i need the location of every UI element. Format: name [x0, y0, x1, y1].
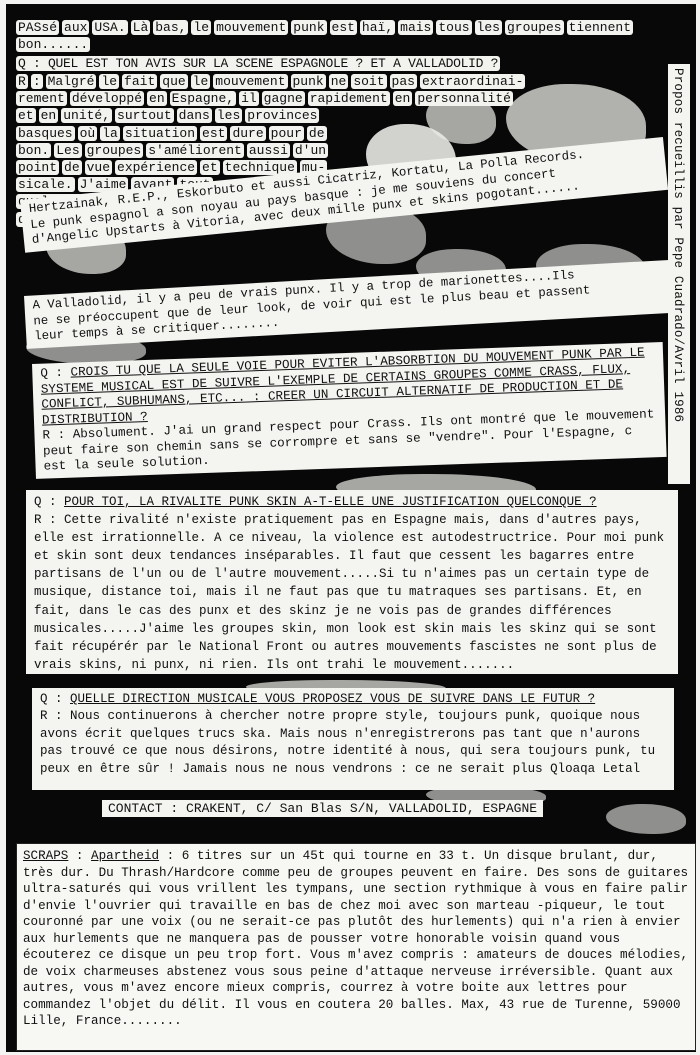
cutout-word: mouvement — [214, 20, 288, 35]
cutout-word: pour — [269, 126, 304, 141]
q3-question: POUR TOI, LA RIVALITE PUNK SKIN A-T-ELLE… — [64, 495, 597, 509]
cutout-word: s'améliorent — [146, 143, 244, 158]
cutout-word: Les — [54, 143, 81, 158]
cutout-word: soit — [351, 74, 386, 89]
q3-block: Q : POUR TOI, LA RIVALITE PUNK SKIN A-T-… — [26, 490, 678, 674]
cutout-word: est — [330, 20, 357, 35]
cutout-word: développé — [70, 91, 144, 106]
cutout-word: dure — [230, 126, 265, 141]
cutout-word: bon...... — [16, 37, 90, 52]
interview-credit: Propos recueillis par Pepe Cuadrado/Avri… — [668, 64, 690, 484]
review-title: Apartheid — [91, 849, 159, 863]
cutout-word: Espagne, — [170, 91, 236, 106]
cutout-word: tiennent — [567, 20, 633, 35]
cutout-word: R — [16, 74, 28, 89]
cutout-word: point — [16, 160, 59, 175]
cutout-word: bon. — [16, 143, 51, 158]
cutout-word: le — [191, 74, 211, 89]
cutout-word: groupes — [505, 20, 564, 35]
record-review: SCRAPS : Apartheid : 6 titres sur un 45t… — [16, 843, 696, 1051]
review-body: : 6 titres sur un 45t qui tourne en 33 t… — [23, 849, 688, 1028]
intro-line-1: PASséauxUSA.Làbas,lemouvementpunkesthaï,… — [16, 20, 636, 36]
cutout-word: unité, — [61, 108, 112, 123]
cutout-word: provinces — [245, 108, 319, 123]
cutout-word: tous — [436, 20, 471, 35]
cutout-word: en — [147, 91, 167, 106]
cutout-word: en — [39, 108, 59, 123]
cutout-word: aussi — [247, 143, 290, 158]
cutout-word: il — [239, 91, 259, 106]
cutout-word: expérience — [115, 160, 197, 175]
q1-answer-line: rementdéveloppéenEspagne,ilgagnerapideme… — [16, 91, 516, 107]
q1-answer-line: etenunité,surtoutdanslesprovinces — [16, 108, 322, 124]
collage-texture — [606, 804, 686, 834]
q1-answer-line: basquesoùlasituationestdurepourde — [16, 126, 330, 142]
cutout-word: Là — [131, 20, 151, 35]
q1-answer-line: bon.Lesgroupess'améliorentaussid'un — [16, 143, 331, 159]
q1-strip-valladolid: A Valladolid, il y a peu de vrais punx. … — [24, 260, 672, 348]
cutout-word: la — [100, 126, 120, 141]
cutout-word: dans — [177, 108, 212, 123]
q2-block: Q : CROIS TU QUE LA SEULE VOIE POUR EVIT… — [32, 342, 667, 478]
cutout-word: USA. — [92, 20, 127, 35]
cutout-word: PASsé — [16, 20, 59, 35]
cutout-word: extraordinai- — [420, 74, 525, 89]
cutout-word: et — [16, 108, 36, 123]
cutout-word: punk — [291, 74, 326, 89]
cutout-word: bas, — [153, 20, 188, 35]
q4-answer: R : Nous continuerons à chercher notre p… — [40, 709, 655, 775]
cutout-word: rapidement — [308, 91, 390, 106]
cutout-word: : — [31, 74, 43, 89]
cutout-word: les — [215, 108, 242, 123]
contact-address: CONTACT : CRAKENT, C/ San Blas S/N, VALL… — [102, 800, 543, 817]
cutout-word: haï, — [360, 20, 395, 35]
cutout-word: vue — [85, 160, 112, 175]
cutout-word: que — [160, 74, 187, 89]
q4-question: QUELLE DIRECTION MUSICALE VOUS PROPOSEZ … — [70, 692, 595, 706]
cutout-word: d'un — [293, 143, 328, 158]
cutout-word: fait — [122, 74, 157, 89]
cutout-word: Malgré — [46, 74, 97, 89]
cutout-word: pas — [390, 74, 417, 89]
cutout-word: rement — [16, 91, 67, 106]
cutout-word: de — [307, 126, 327, 141]
cutout-word: de — [62, 160, 82, 175]
cutout-word: mais — [398, 20, 433, 35]
cutout-word: ne — [329, 74, 349, 89]
cutout-word: le — [191, 20, 211, 35]
q4-block: Q : QUELLE DIRECTION MUSICALE VOUS PROPO… — [32, 688, 674, 790]
cutout-word: les — [475, 20, 502, 35]
cutout-word: basques — [16, 126, 75, 141]
cutout-word: où — [78, 126, 98, 141]
q1-answer-line: R:Malgrélefaitquelemouvementpunknesoitpa… — [16, 74, 528, 90]
cutout-word: gagne — [262, 91, 305, 106]
q1-question: Q : QUEL EST TON AVIS SUR LA SCENE ESPAG… — [16, 56, 503, 72]
cutout-word: le — [99, 74, 119, 89]
cutout-word: punk — [291, 20, 326, 35]
cutout-word: technique — [223, 160, 297, 175]
q3-answer: R : Cette rivalité n'existe pratiquement… — [34, 513, 664, 672]
zine-page: PASséauxUSA.Làbas,lemouvementpunkesthaï,… — [6, 4, 696, 1052]
cutout-word: situation — [123, 126, 197, 141]
cutout-word: est — [200, 126, 227, 141]
cutout-word: personnalité — [415, 91, 513, 106]
cutout-word: aux — [62, 20, 89, 35]
cutout-word: surtout — [115, 108, 174, 123]
cutout-word: groupes — [85, 143, 144, 158]
cutout-word: sicale. — [16, 177, 75, 192]
review-band: SCRAPS — [23, 849, 68, 863]
cutout-word: en — [393, 91, 413, 106]
cutout-word: mouvement — [213, 74, 287, 89]
cutout-word: et — [200, 160, 220, 175]
intro-line-2: bon...... — [16, 37, 93, 53]
